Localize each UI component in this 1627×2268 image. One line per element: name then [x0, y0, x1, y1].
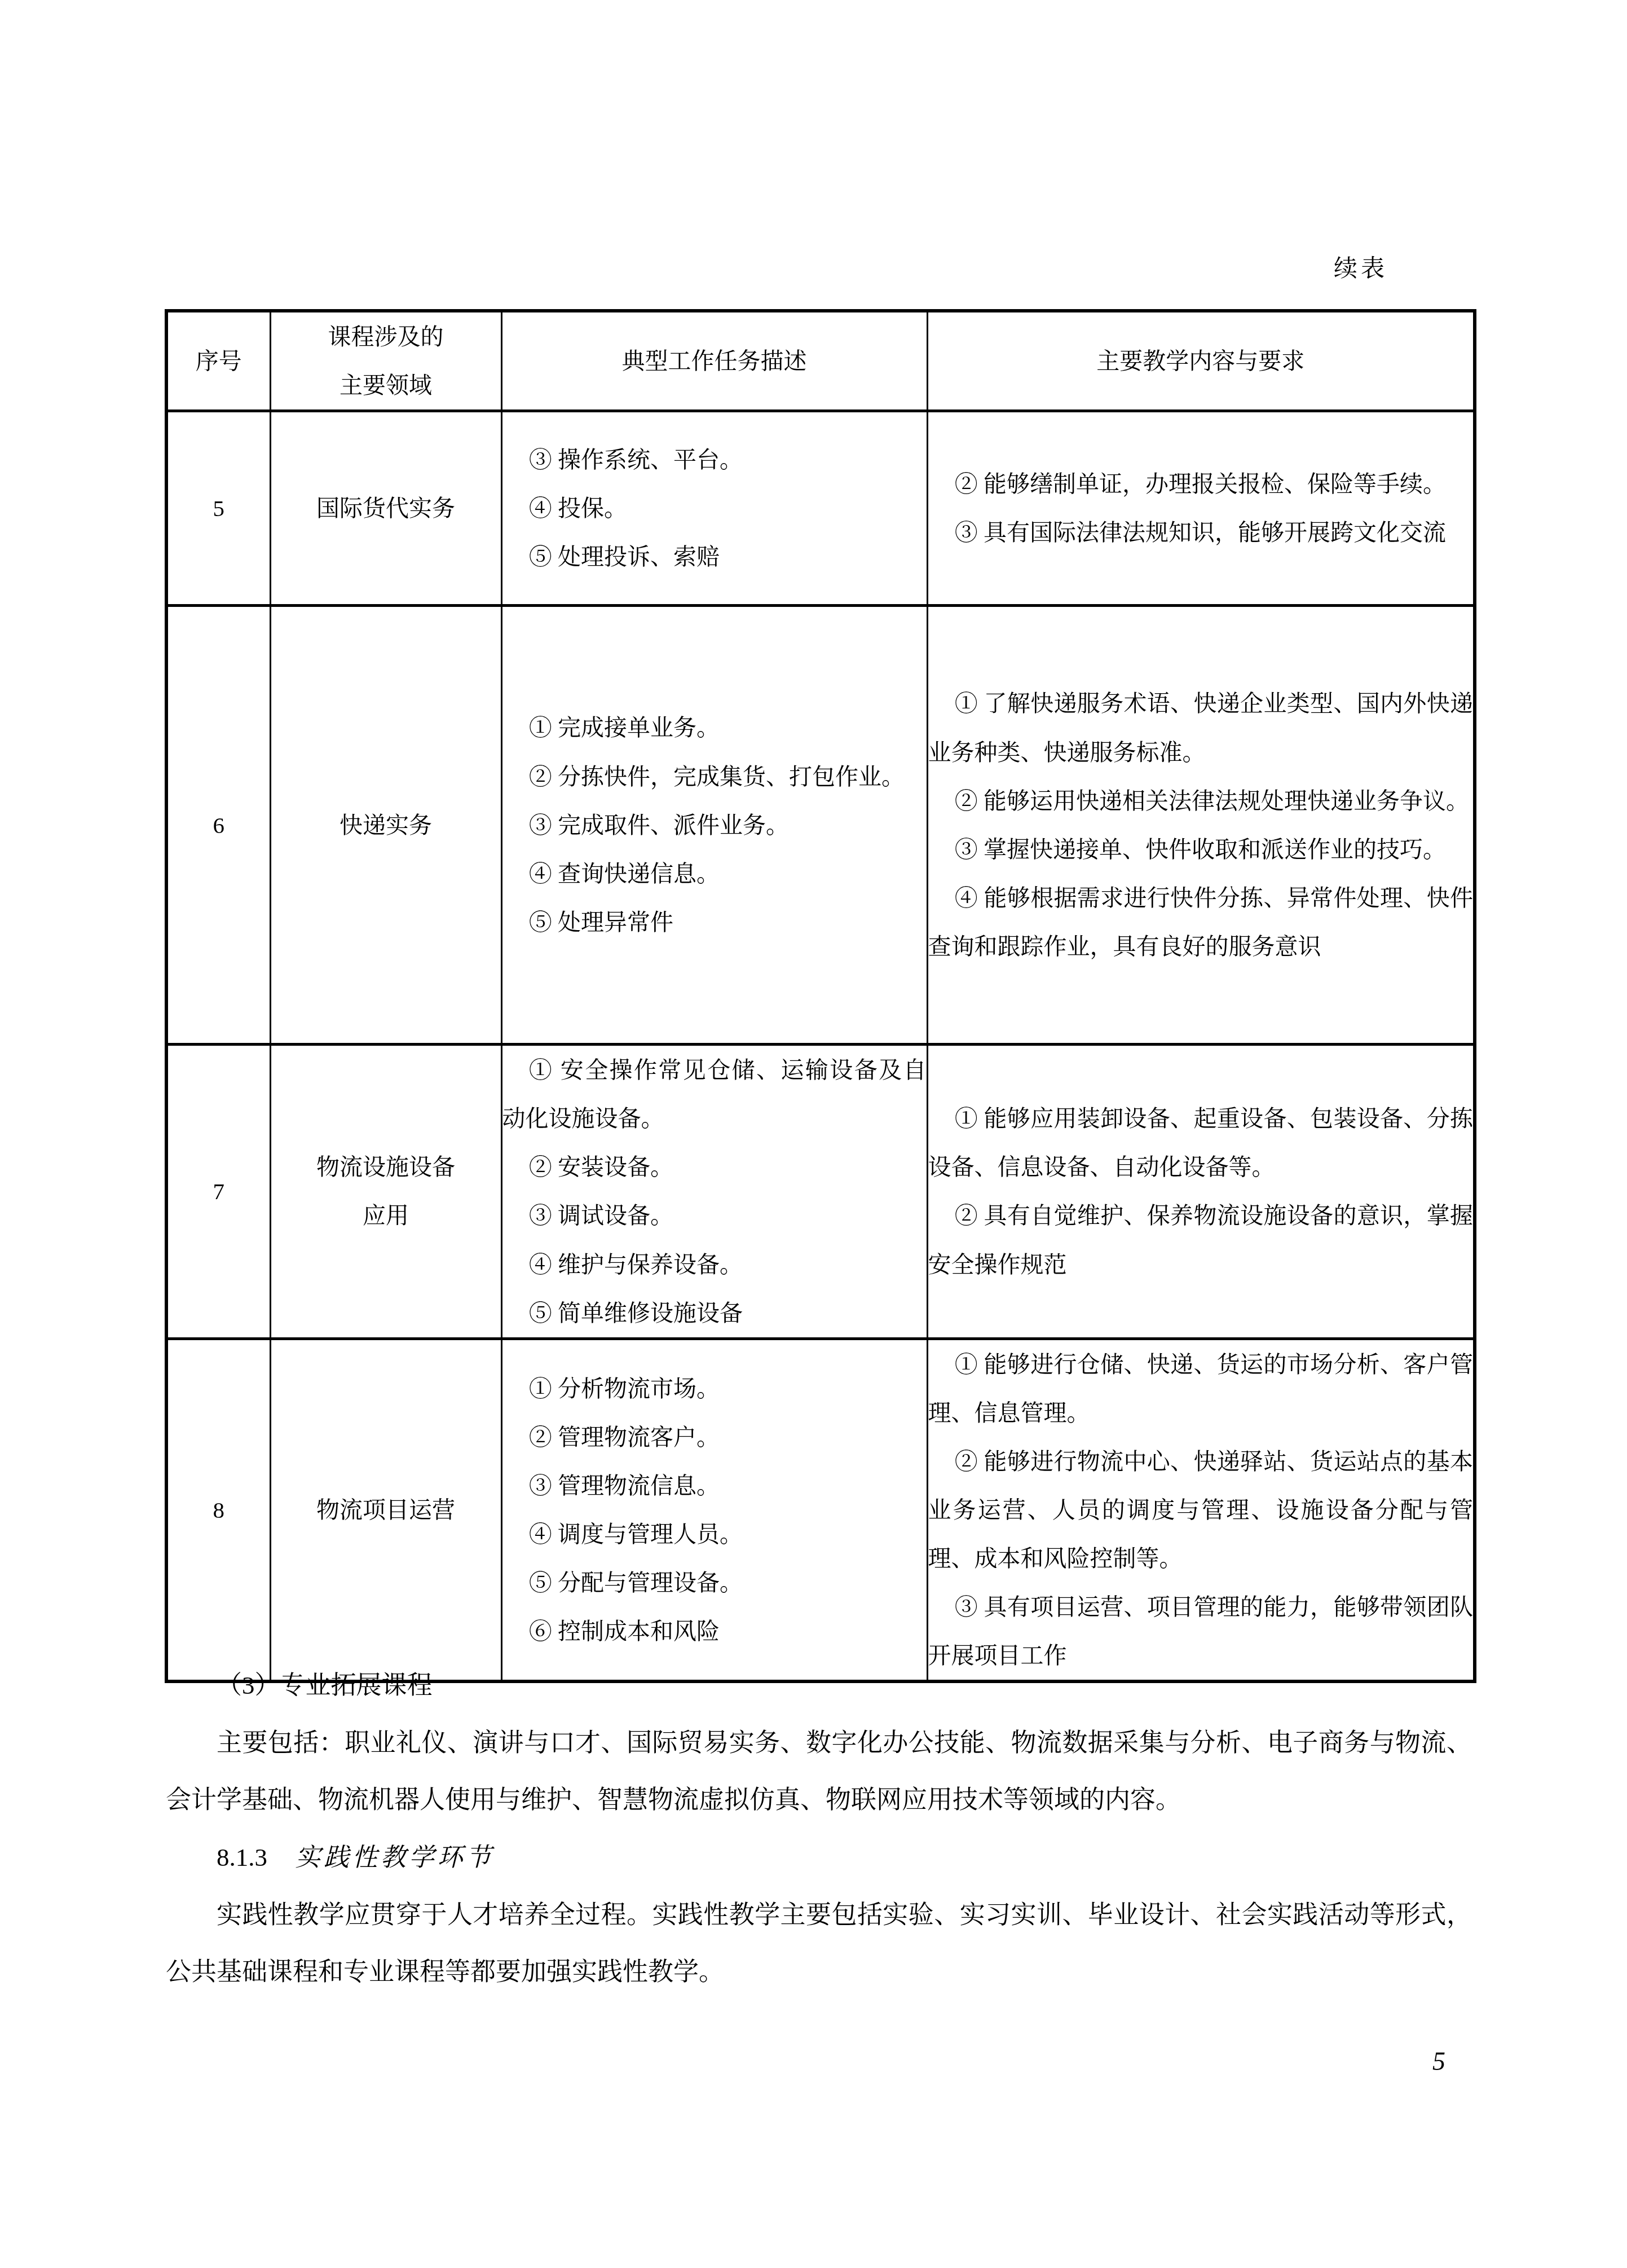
- cell-paragraph: ④ 投保。: [502, 484, 927, 532]
- row-number-cell: 5: [166, 411, 270, 606]
- cell-paragraph: ① 能够应用装卸设备、起重设备、包装设备、分拣设备、信息设备、自动化设备等。: [928, 1094, 1474, 1191]
- cell-paragraph: ⑤ 处理异常件: [502, 898, 927, 946]
- body-text-section: （3）专业拓展课程 主要包括：职业礼仪、演讲与口才、国际贸易实务、数字化办公技能…: [166, 1657, 1472, 2001]
- cell-paragraph: ② 能够运用快递相关法律法规处理快递业务争议。: [928, 777, 1474, 825]
- row-number-cell: 6: [166, 606, 270, 1045]
- cell-paragraph: ⑤ 简单维修设施设备: [502, 1289, 927, 1337]
- header-cell-tasks: 典型工作任务描述: [501, 311, 927, 411]
- cell-paragraph: ② 能够缮制单证，办理报关报检、保险等手续。: [928, 460, 1474, 508]
- cell-paragraph: ③ 调试设备。: [502, 1191, 927, 1240]
- cell-paragraph: ① 分析物流市场。: [502, 1364, 927, 1413]
- section-title: 实践性教学环节: [296, 1843, 495, 1871]
- cell-paragraph: ② 具有自觉维护、保养物流设施设备的意识，掌握安全操作规范: [928, 1191, 1474, 1288]
- table-row: 5 国际货代实务 ③ 操作系统、平台。④ 投保。⑤ 处理投诉、索赔 ② 能够缮制…: [166, 411, 1475, 606]
- cell-paragraph: ③ 操作系统、平台。: [502, 435, 927, 484]
- work-tasks-cell: ③ 操作系统、平台。④ 投保。⑤ 处理投诉、索赔: [501, 411, 927, 606]
- header-cell-content: 主要教学内容与要求: [927, 311, 1475, 411]
- cell-paragraph: ② 安装设备。: [502, 1143, 927, 1191]
- cell-paragraph: ④ 维护与保养设备。: [502, 1240, 927, 1289]
- cell-paragraph: ② 管理物流客户。: [502, 1413, 927, 1461]
- course-domain-cell: 快递实务: [270, 606, 501, 1045]
- table-row: 6 快递实务 ① 完成接单业务。② 分拣快件，完成集货、打包作业。③ 完成取件、…: [166, 606, 1475, 1045]
- teaching-content-cell: ① 能够进行仓储、快递、货运的市场分析、客户管理、信息管理。② 能够进行物流中心…: [927, 1338, 1475, 1681]
- teaching-content-cell: ① 了解快递服务术语、快递企业类型、国内外快递业务种类、快递服务标准。② 能够运…: [927, 606, 1475, 1045]
- cell-paragraph: ③ 具有国际法律法规知识，能够开展跨文化交流: [928, 508, 1474, 557]
- teaching-content-cell: ② 能够缮制单证，办理报关报检、保险等手续。③ 具有国际法律法规知识，能够开展跨…: [927, 411, 1475, 606]
- table-header-row: 序号 课程涉及的 主要领域 典型工作任务描述 主要教学内容与要求: [166, 311, 1475, 411]
- course-domain-cell: 物流项目运营: [270, 1338, 501, 1681]
- cell-paragraph: ④ 能够根据需求进行快件分拣、异常件处理、快件查询和跟踪作业，具有良好的服务意识: [928, 874, 1474, 971]
- header-cell-domain: 课程涉及的 主要领域: [270, 311, 501, 411]
- section-number: 8.1.3: [217, 1843, 267, 1871]
- cell-paragraph: ② 能够进行物流中心、快递驿站、货运站点的基本业务运营、人员的调度与管理、设施设…: [928, 1437, 1474, 1583]
- cell-paragraph: ⑤ 处理投诉、索赔: [502, 532, 927, 581]
- expansion-course-paragraph: 主要包括：职业礼仪、演讲与口才、国际贸易实务、数字化办公技能、物流数据采集与分析…: [166, 1715, 1472, 1829]
- cell-paragraph: ⑥ 控制成本和风险: [502, 1607, 927, 1655]
- work-tasks-cell: ① 安全操作常见仓储、运输设备及自动化设施设备。② 安装设备。③ 调试设备。④ …: [501, 1045, 927, 1339]
- cell-paragraph: ④ 调度与管理人员。: [502, 1510, 927, 1558]
- course-domain-cell: 物流设施设备 应用: [270, 1045, 501, 1339]
- work-tasks-cell: ① 完成接单业务。② 分拣快件，完成集货、打包作业。③ 完成取件、派件业务。④ …: [501, 606, 927, 1045]
- expansion-course-heading: （3）专业拓展课程: [166, 1657, 1472, 1715]
- row-number-cell: 8: [166, 1338, 270, 1681]
- section-heading-813: 8.1.3实践性教学环节: [166, 1829, 1472, 1887]
- cell-paragraph: ③ 掌握快递接单、快件收取和派送作业的技巧。: [928, 825, 1474, 874]
- work-tasks-cell: ① 分析物流市场。② 管理物流客户。③ 管理物流信息。④ 调度与管理人员。⑤ 分…: [501, 1338, 927, 1681]
- page-number: 5: [1432, 2046, 1445, 2076]
- table-row: 7 物流设施设备 应用 ① 安全操作常见仓储、运输设备及自动化设施设备。② 安装…: [166, 1045, 1475, 1339]
- practice-teaching-paragraph: 实践性教学应贯穿于人才培养全过程。实践性教学主要包括实验、实习实训、毕业设计、社…: [166, 1887, 1472, 2001]
- cell-paragraph: ① 安全操作常见仓储、运输设备及自动化设施设备。: [502, 1046, 927, 1143]
- continuation-table-label: 续表: [1334, 255, 1388, 283]
- cell-paragraph: ④ 查询快递信息。: [502, 849, 927, 898]
- cell-paragraph: ① 完成接单业务。: [502, 703, 927, 752]
- cell-paragraph: ③ 完成取件、派件业务。: [502, 801, 927, 849]
- curriculum-table: 序号 课程涉及的 主要领域 典型工作任务描述 主要教学内容与要求 5 国际货代实…: [165, 309, 1476, 1683]
- cell-paragraph: ③ 管理物流信息。: [502, 1461, 927, 1510]
- row-number-cell: 7: [166, 1045, 270, 1339]
- document-page: 续表 序号 课程涉及的 主要领域 典型工作任务描述 主要教学内容与要求 5 国际…: [0, 0, 1627, 2268]
- cell-paragraph: ① 了解快递服务术语、快递企业类型、国内外快递业务种类、快递服务标准。: [928, 679, 1474, 776]
- cell-paragraph: ② 分拣快件，完成集货、打包作业。: [502, 752, 927, 801]
- table-row: 8 物流项目运营 ① 分析物流市场。② 管理物流客户。③ 管理物流信息。④ 调度…: [166, 1338, 1475, 1681]
- course-domain-cell: 国际货代实务: [270, 411, 501, 606]
- header-cell-no: 序号: [166, 311, 270, 411]
- teaching-content-cell: ① 能够应用装卸设备、起重设备、包装设备、分拣设备、信息设备、自动化设备等。② …: [927, 1045, 1475, 1339]
- cell-paragraph: ① 能够进行仓储、快递、货运的市场分析、客户管理、信息管理。: [928, 1340, 1474, 1437]
- cell-paragraph: ⑤ 分配与管理设备。: [502, 1558, 927, 1607]
